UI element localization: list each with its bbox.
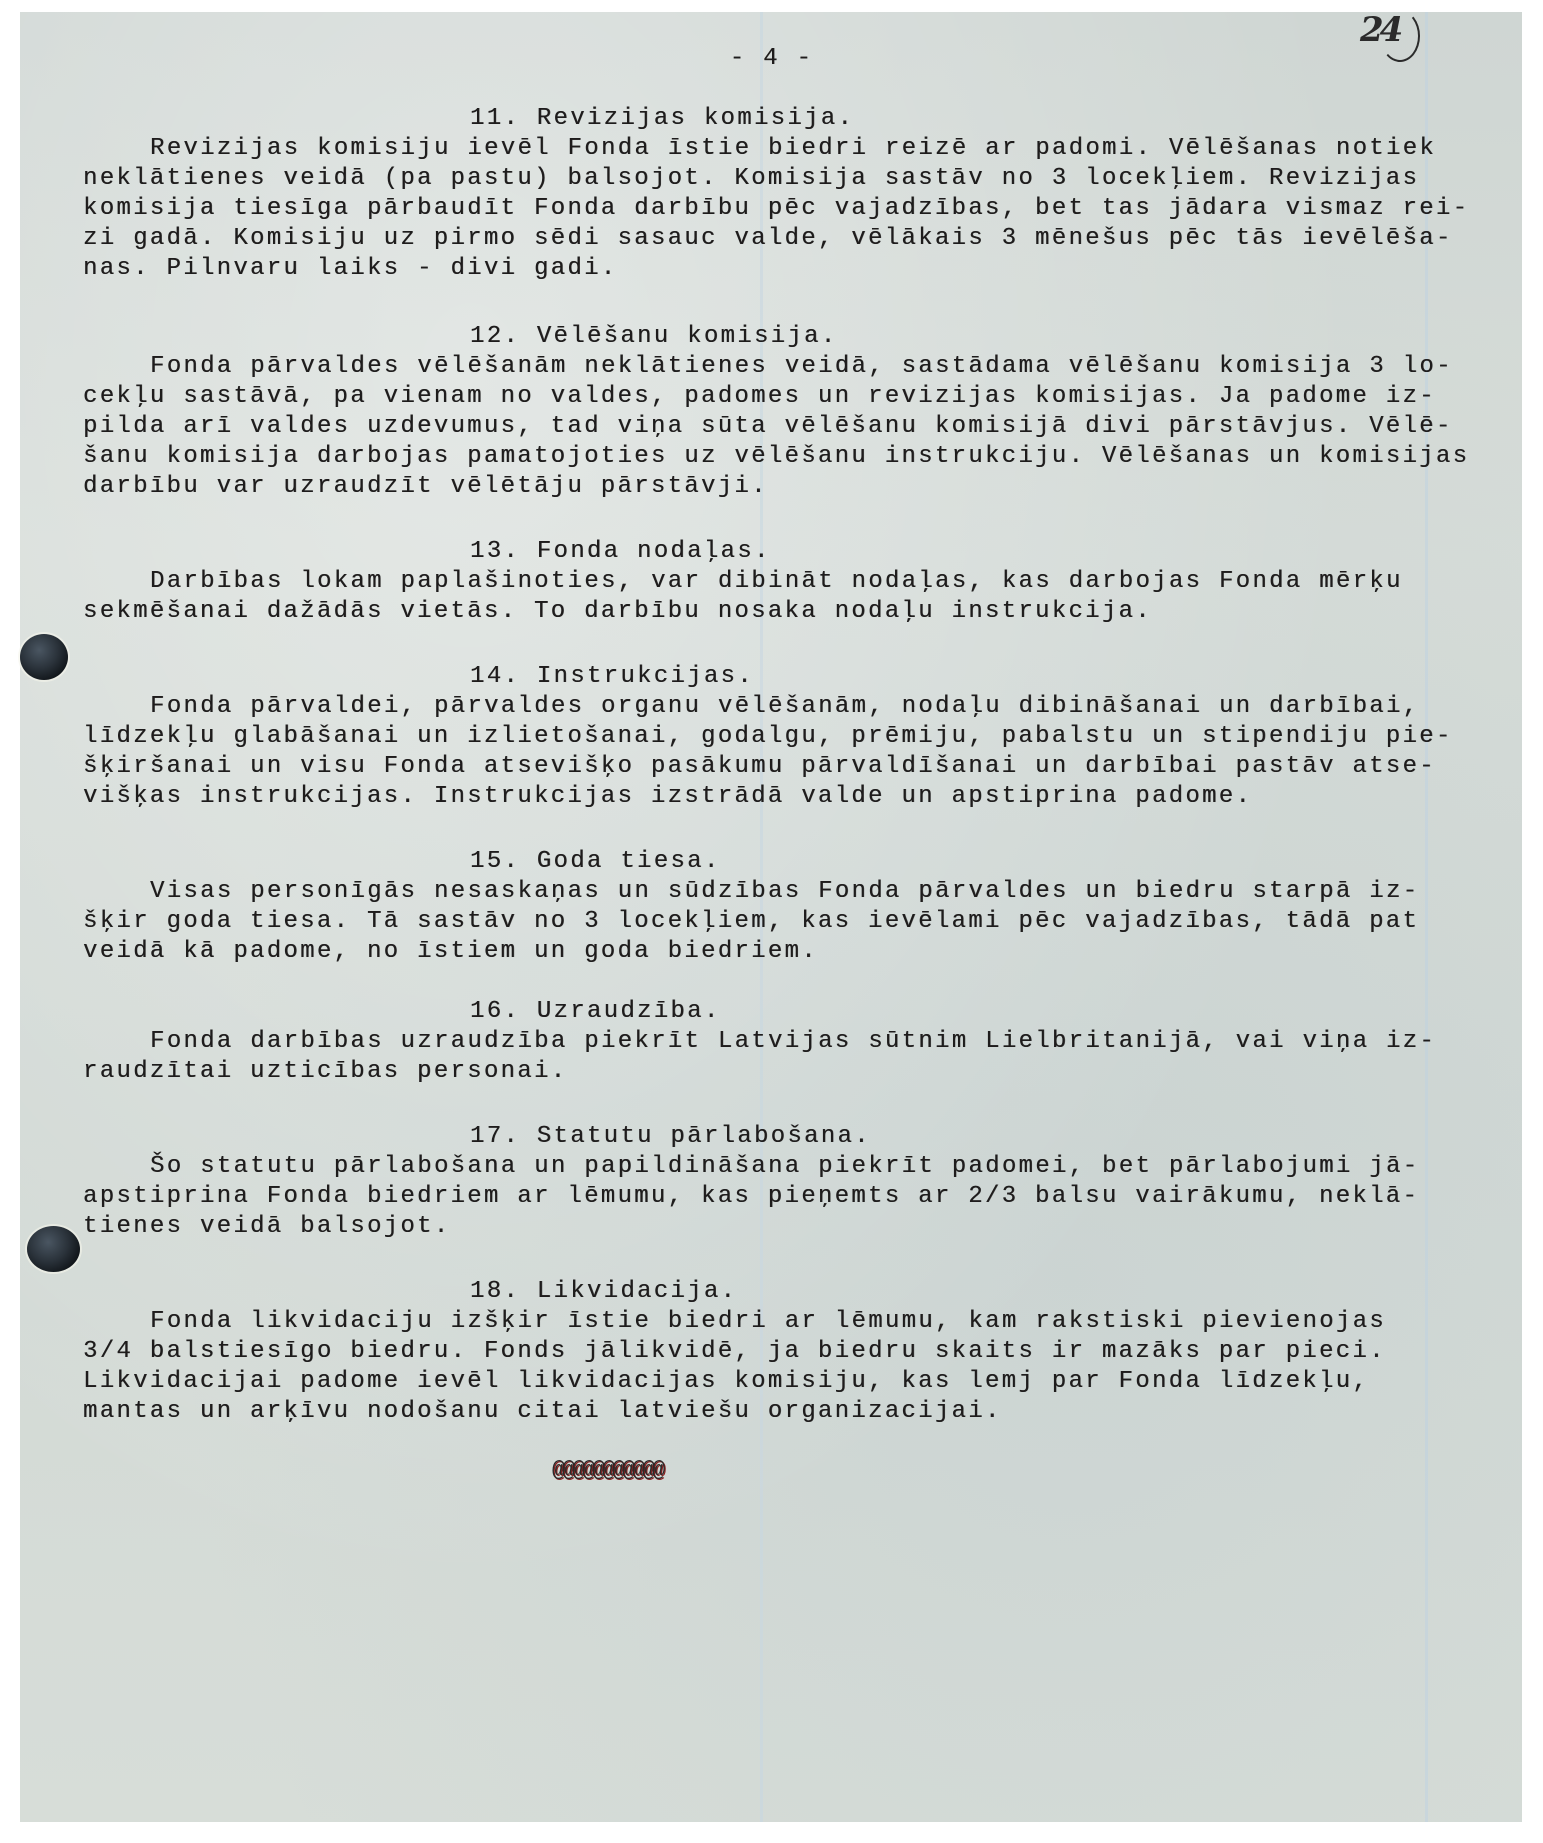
text-line: apstiprina Fonda biedriem ar lēmumu, kas… <box>83 1182 1419 1212</box>
text-line: līdzekļu glabāšanai un izlietošanai, god… <box>83 722 1453 752</box>
text-line: Fonda pārvaldei, pārvaldes organu vēlēša… <box>150 692 1419 722</box>
section-heading: 18. Likvidacija. <box>470 1277 737 1307</box>
text-line: darbību var uzraudzīt vēlētāju pārstāvji… <box>83 472 768 502</box>
text-line: mantas un arķīvu nodošanu citai latviešu… <box>83 1397 1002 1427</box>
end-of-document-mark: @@@@@@@@@@@ <box>552 1458 662 1483</box>
text-line: Revizijas komisiju ievēl Fonda īstie bie… <box>150 134 1436 164</box>
section-heading: 13. Fonda nodaļas. <box>470 537 771 567</box>
text-line: veidā kā padome, no īstiem un goda biedr… <box>83 937 818 967</box>
text-line: 3/4 balstiesīgo biedru. Fonds jālikvidē,… <box>83 1337 1386 1367</box>
text-line: cekļu sastāvā, pa vienam no valdes, pado… <box>83 382 1436 412</box>
page-number: - 4 - <box>0 44 1543 74</box>
text-line: šķir goda tiesa. Tā sastāv no 3 locekļie… <box>83 907 1419 937</box>
text-line: zi gadā. Komisiju uz pirmo sēdi sasauc v… <box>83 224 1453 254</box>
text-line: pilda arī valdes uzdevumus, tad viņa sūt… <box>83 412 1453 442</box>
text-line: višķas instrukcijas. Instrukcijas izstrā… <box>83 782 1252 812</box>
text-line: nas. Pilnvaru laiks - divi gadi. <box>83 254 617 284</box>
text-line: tienes veidā balsojot. <box>83 1212 450 1242</box>
text-line: šanu komisija darbojas pamatojoties uz v… <box>83 442 1469 472</box>
text-line: Fonda likvidaciju izšķir īstie biedri ar… <box>150 1307 1386 1337</box>
text-line: Šo statutu pārlabošana un papildināšana … <box>150 1152 1419 1182</box>
paper-fold-line <box>1425 12 1428 1822</box>
text-line: Fonda darbības uzraudzība piekrīt Latvij… <box>150 1027 1436 1057</box>
text-line: Darbības lokam paplašinoties, var dibinā… <box>150 567 1403 597</box>
section-heading: 14. Instrukcijas. <box>470 662 754 692</box>
section-heading: 11. Revizijas komisija. <box>470 104 854 134</box>
text-line: šķiršanai un visu Fonda atsevišķo pasāku… <box>83 752 1436 782</box>
section-heading: 12. Vēlēšanu komisija. <box>470 322 837 352</box>
text-line: raudzītai uzticības personai. <box>83 1057 567 1087</box>
section-heading: 15. Goda tiesa. <box>470 847 721 877</box>
punch-hole <box>27 1226 80 1272</box>
section-heading: 16. Uzraudzība. <box>470 997 721 1027</box>
section-heading: 17. Statutu pārlabošana. <box>470 1122 871 1152</box>
text-line: sekmēšanai dažādās vietās. To darbību no… <box>83 597 1152 627</box>
text-line: Visas personīgās nesaskaņas un sūdzības … <box>150 877 1419 907</box>
text-line: komisija tiesīga pārbaudīt Fonda darbību… <box>83 194 1469 224</box>
text-line: Likvidacijai padome ievēl likvidacijas k… <box>83 1367 1369 1397</box>
text-line: neklātienes veidā (pa pastu) balsojot. K… <box>83 164 1419 194</box>
punch-hole <box>20 634 68 680</box>
text-line: Fonda pārvaldes vēlēšanām neklātienes ve… <box>150 352 1453 382</box>
